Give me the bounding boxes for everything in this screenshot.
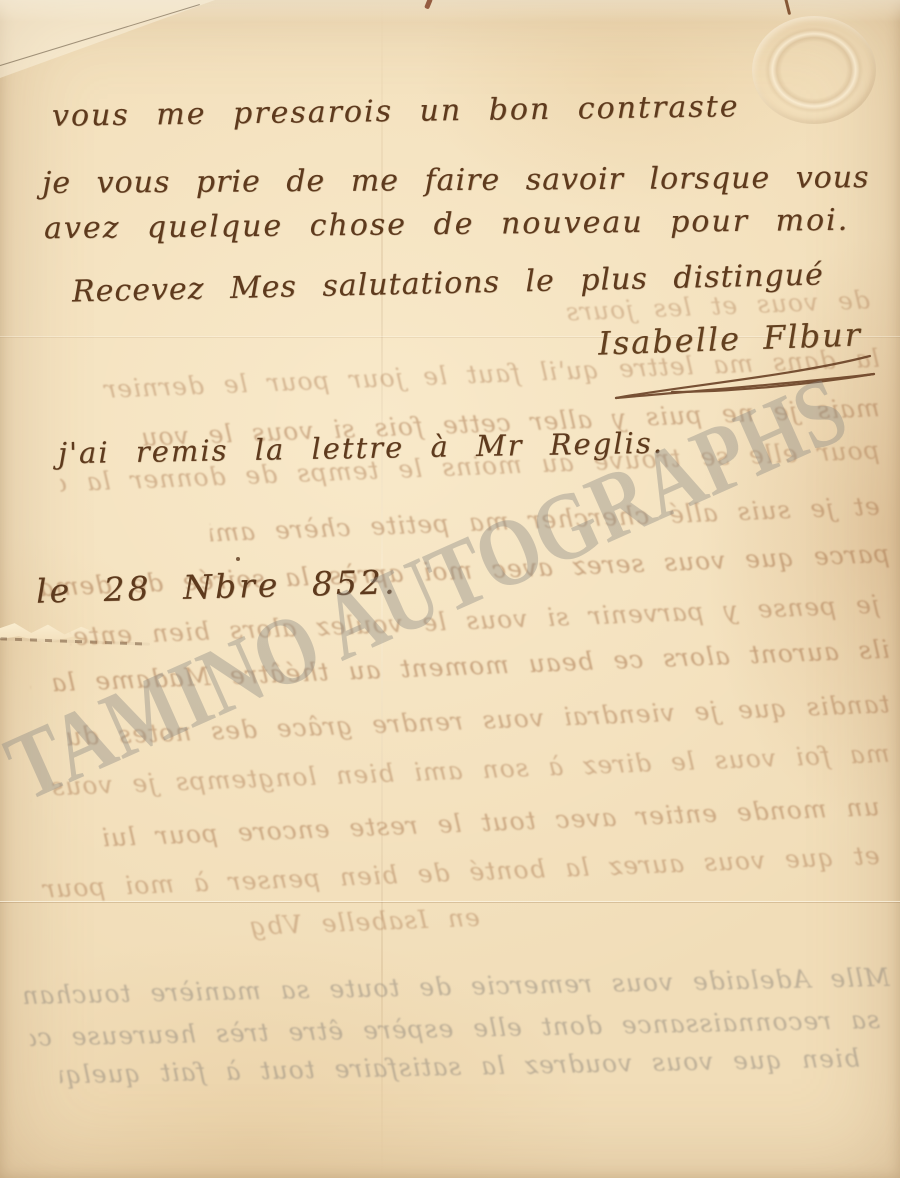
signature-flourish (602, 352, 882, 404)
ink-dot (236, 557, 240, 561)
date-line: le 28 Nbre 852. (36, 562, 398, 610)
embossed-seal (752, 16, 876, 124)
letter-body-line-2: je vous prie de me faire savoir lorsque … (42, 160, 870, 201)
letter-body-line-3: avez quelque chose de nouveau pour moi. (44, 203, 850, 246)
folded-corner (0, 0, 215, 78)
letter-scan: de vous et les joursla dans ma lettre qu… (0, 0, 900, 1178)
letter-body-line-1: vous me presarois un bon contraste (52, 89, 740, 134)
bleedthrough-line: en Isabelle Vbg (19, 903, 480, 957)
